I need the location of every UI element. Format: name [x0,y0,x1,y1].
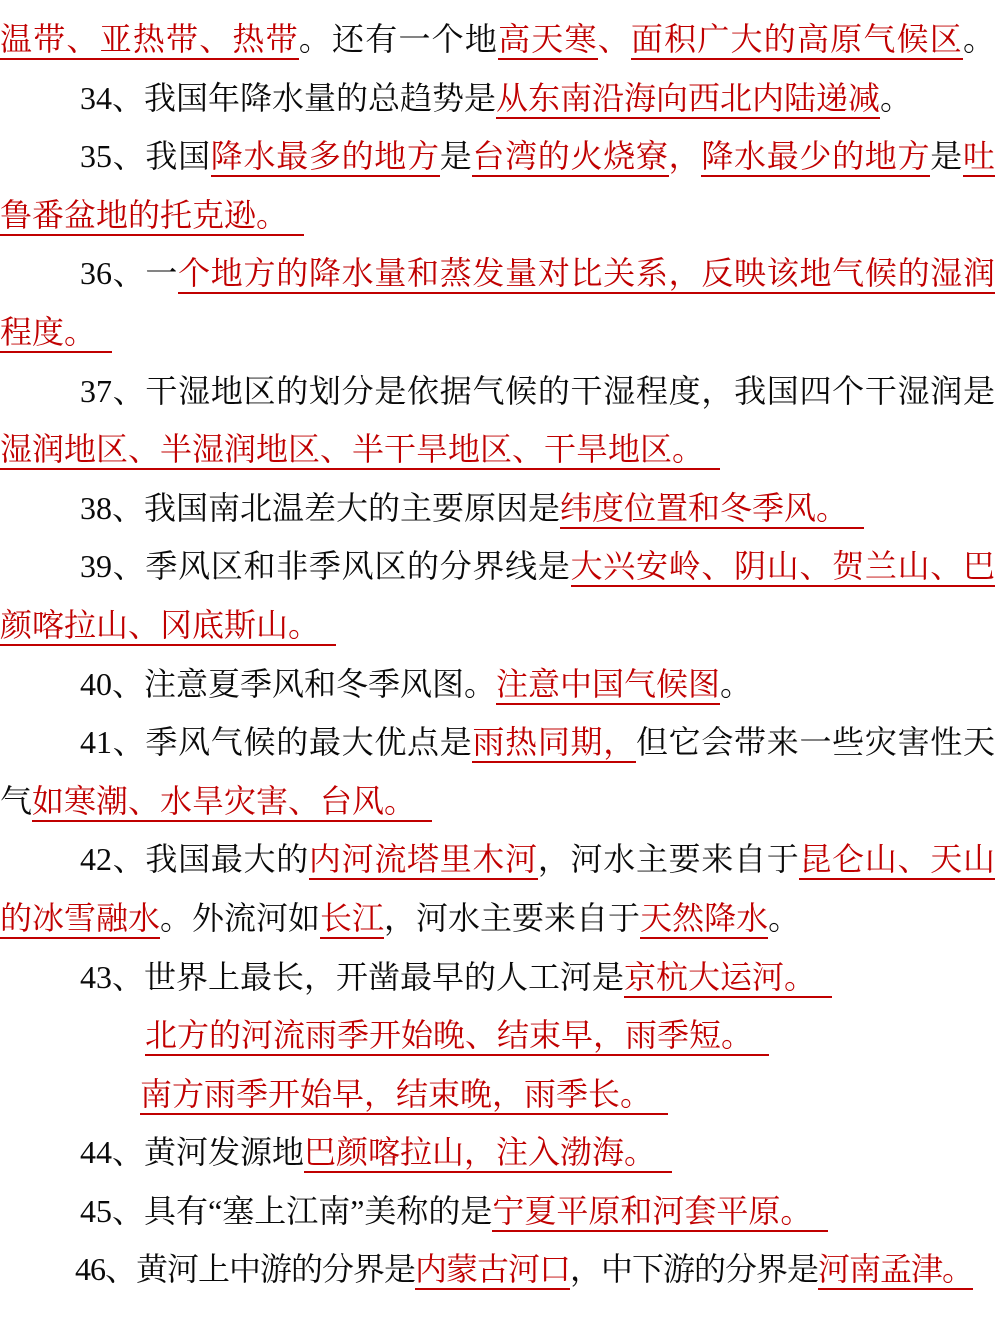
answer-text: 天然降水 [640,900,768,939]
text-line: 34、我国年降水量的总趋势是从东南沿海向西北内陆递减。 [0,69,999,128]
question-text: 36、一 [80,255,178,291]
question-text: 但它会带来一些灾害性天 [636,724,995,760]
answer-text: 宁夏平原和河套平原。 [492,1193,828,1232]
answer-text: 内河流塔里木河 [309,841,538,880]
question-text: 。还有一个地 [299,21,498,57]
question-text: 。 [720,666,752,702]
answer-text: 高天寒 [498,21,598,60]
answer-text: 台湾的火烧寮 [472,138,668,177]
answer-text: 的冰雪融水 [0,900,160,939]
answer-text: ， [669,138,702,174]
text-line: 的冰雪融水。外流河如长江，河水主要来自于天然降水。 [0,889,999,948]
answer-text: 从东南沿海向西北内陆递减 [496,80,880,119]
question-text: 。 [768,900,800,936]
answer-text: 巴颜喀拉山，注入渤海。 [304,1134,672,1173]
text-line: 43、世界上最长，开凿最早的人工河是京杭大运河。 [0,948,999,1007]
question-text: 是 [440,138,473,174]
answer-text: 如寒潮、水旱灾害、台风。 [32,783,432,822]
question-text: ，河水主要来自于 [384,900,640,936]
answer-text: 湿润地区、半湿润地区、半干旱地区、干旱地区。 [0,431,720,470]
text-line: 41、季风气候的最大优点是雨热同期，但它会带来一些灾害性天 [0,713,999,772]
answer-text: 鲁番盆地的托克逊。 [0,197,304,236]
answer-text: 河南孟津。 [818,1251,973,1290]
answer-text: 面积广大的高原气候区 [631,21,963,60]
answer-text: 颜喀拉山、冈底斯山。 [0,607,336,646]
answer-text: 降水最少的地方 [701,138,930,177]
question-text: 。 [963,21,995,57]
question-text: 是 [930,138,963,174]
answer-text: 京杭大运河。 [624,959,832,998]
question-text: 41、季风气候的最大优点是 [80,724,472,760]
text-line: 程度。 [0,303,999,362]
question-text: 46、黄河上中游的分界是 [75,1251,415,1287]
text-line: 温带、亚热带、热带。还有一个地高天寒、面积广大的高原气候区。 [0,10,999,69]
question-text: 34、我国年降水量的总趋势是 [80,80,496,116]
question-text: 37、干湿地区的划分是依据气候的干湿程度，我国四个干湿润是 [80,373,995,409]
question-text: 35、我国 [80,138,211,174]
answer-text: 大兴安岭、阴山、贺兰山、巴 [571,548,995,587]
text-line: 38、我国南北温差大的主要原因是纬度位置和冬季风。 [0,479,999,538]
answer-text: 昆仑山、天山 [799,841,995,880]
question-text: ，河水主要来自于 [538,841,800,877]
answer-text: 注意中国气候图 [496,666,720,705]
text-line: 鲁番盆地的托克逊。 [0,186,999,245]
text-line: 46、黄河上中游的分界是内蒙古河口，中下游的分界是河南孟津。 [0,1240,999,1299]
answer-text: 内蒙古河口 [415,1251,570,1290]
text-line: 44、黄河发源地巴颜喀拉山，注入渤海。 [0,1123,999,1182]
answer-text: 长江 [320,900,384,939]
question-text: 44、黄河发源地 [80,1134,304,1170]
question-text: 气 [0,783,32,819]
answer-text: 北方的河流雨季开始晚、结束早，雨季短。 [145,1017,769,1056]
text-line: 40、注意夏季风和冬季风图。注意中国气候图。 [0,655,999,714]
question-text: 42、我国最大的 [80,841,309,877]
text-line: 36、一个地方的降水量和蒸发量对比关系，反映该地气候的湿润 [0,244,999,303]
question-text: 38、我国南北温差大的主要原因是 [80,490,560,526]
question-text: 39、季风区和非季风区的分界线是 [80,548,571,584]
text-line: 39、季风区和非季风区的分界线是大兴安岭、阴山、贺兰山、巴 [0,537,999,596]
answer-text: 纬度位置和冬季风。 [560,490,864,529]
text-line: 气如寒潮、水旱灾害、台风。 [0,772,999,831]
question-text: 。外流河如 [160,900,320,936]
text-line: 42、我国最大的内河流塔里木河，河水主要来自于昆仑山、天山 [0,830,999,889]
answer-text: 吐 [963,138,995,177]
answer-text: 、 [598,21,631,57]
text-line: 35、我国降水最多的地方是台湾的火烧寮，降水最少的地方是吐 [0,127,999,186]
question-text: 。 [880,80,912,116]
answer-text: 程度。 [0,314,112,353]
document-page: 温带、亚热带、热带。还有一个地高天寒、面积广大的高原气候区。34、我国年降水量的… [0,0,999,1318]
text-line: 45、具有“塞上江南”美称的是宁夏平原和河套平原。 [0,1182,999,1241]
answer-text: 降水最多的地方 [211,138,440,177]
text-line: 湿润地区、半湿润地区、半干旱地区、干旱地区。 [0,420,999,479]
text-line: 南方雨季开始早，结束晚，雨季长。 [0,1065,999,1124]
text-line: 颜喀拉山、冈底斯山。 [0,596,999,655]
question-text: 45、具有“塞上江南”美称的是 [80,1193,492,1229]
question-text: 43、世界上最长，开凿最早的人工河是 [80,959,624,995]
question-text: 40、注意夏季风和冬季风图。 [80,666,496,702]
answer-text: 个地方的降水量和蒸发量对比关系，反映该地气候的湿润 [178,255,995,294]
answer-text: 南方雨季开始早，结束晚，雨季长。 [140,1076,668,1115]
answer-text: 雨热同期， [472,724,636,763]
answer-text: 温带、亚热带、热带 [0,21,299,60]
question-text: ，中下游的分界是 [570,1251,818,1287]
text-line: 37、干湿地区的划分是依据气候的干湿程度，我国四个干湿润是 [0,362,999,421]
text-line: 北方的河流雨季开始晚、结束早，雨季短。 [0,1006,999,1065]
